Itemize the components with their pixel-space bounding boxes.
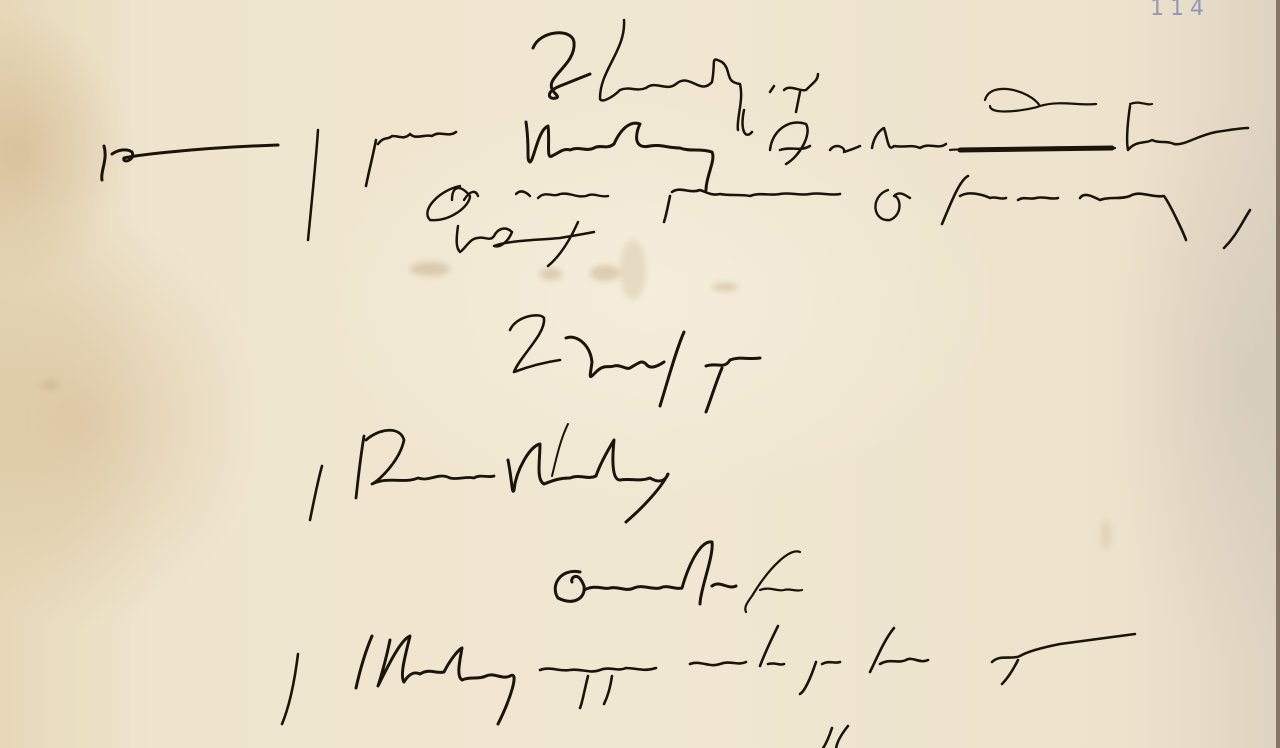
entry-1-line-2	[427, 176, 1250, 248]
margin-number	[102, 145, 278, 180]
entry-3	[282, 626, 1135, 724]
heading-schonenfelt	[555, 542, 802, 612]
entry-2	[310, 424, 668, 522]
heading-lanskron	[533, 20, 818, 130]
partial-line-bottom	[820, 726, 848, 748]
heading-weyke	[510, 315, 760, 412]
entry-1-line-3	[457, 222, 594, 266]
handwriting-ink	[0, 0, 1280, 748]
bracket-mark	[308, 130, 318, 240]
entry-1-line-1	[366, 89, 1248, 190]
